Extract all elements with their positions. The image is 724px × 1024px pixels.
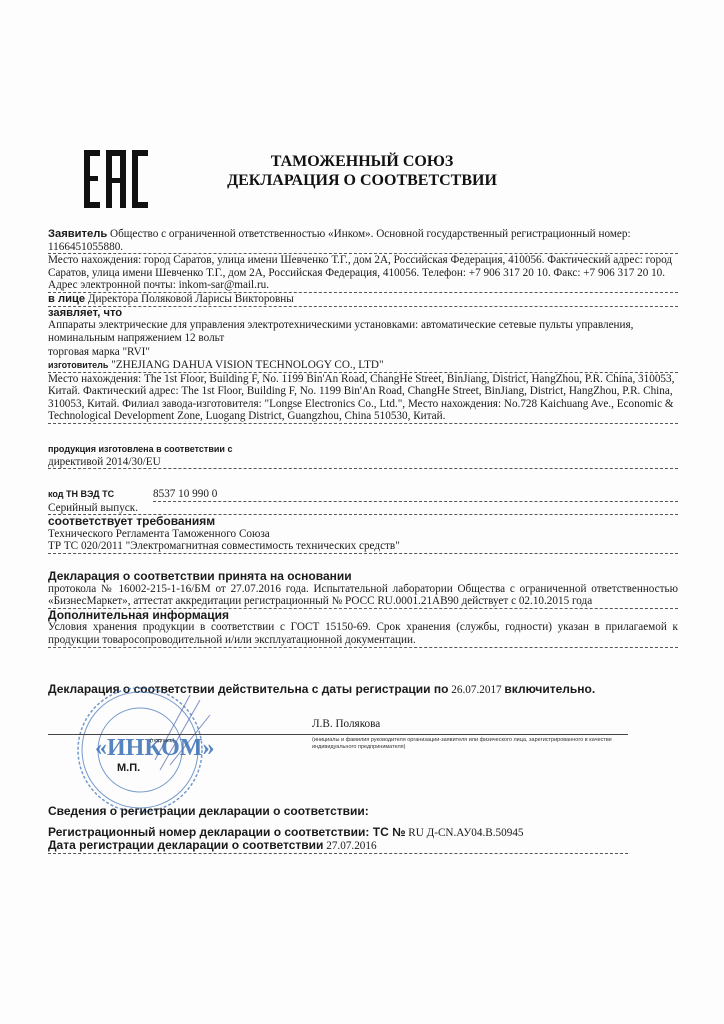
applicant-text: Общество с ограниченной ответственностью… [110,228,631,240]
applicant-ogrn: 1166451055880. [48,241,123,253]
title-line-1: ТАМОЖЕННЫЙ СОЮЗ [212,152,512,171]
basis-text: протокола № 16002-215-1-16/БМ от 27.07.2… [48,583,678,609]
product-description: Аппараты электрические для управления эл… [48,319,678,344]
document-title: ТАМОЖЕННЫЙ СОЮЗ ДЕКЛАРАЦИЯ О СООТВЕТСТВИ… [212,152,512,190]
conformity-label: продукция изготовлена в соответствии с [48,443,678,456]
additional-label: Дополнительная информация [48,609,678,622]
directive: директивой 2014/30/EU [48,456,678,470]
eac-logo-icon [84,150,148,208]
brand: торговая марка "RVI" [48,346,678,359]
applicant-label: Заявитель [48,228,107,240]
reg-number: RU Д-CN.АУ04.В.50945 [408,827,523,839]
tnved-label: код ТН ВЭД ТС [48,488,153,502]
applicant-address: Место нахождения: город Саратов, улица и… [48,254,678,293]
registration-title: Сведения о регистрации декларации о соот… [48,805,678,818]
stamp-mp-label: М.П. [117,762,140,774]
tnved-block: код ТН ВЭД ТС8537 10 990 0 Серийный выпу… [48,488,678,554]
registration-block: Сведения о регистрации декларации о соот… [48,805,678,854]
manufacturer-address: Место нахождения: The 1st Floor, Buildin… [48,373,678,424]
person-name: Директора Поляковой Ларисы Викторовны [88,293,294,305]
requirements-line-2: ТР ТС 020/2011 "Электромагнитная совмест… [48,540,678,554]
requirements-line-1: Технического Регламента Таможенного Союз… [48,528,678,541]
conformity-block: продукция изготовлена в соответствии с д… [48,443,678,469]
name-caption: (инициалы и фамилия руководителя организ… [312,737,632,751]
manufacturer-label: изготовитель [48,360,108,370]
reg-date: 27.07.2016 [326,840,376,852]
reg-number-label: Регистрационный номер декларации о соотв… [48,825,405,839]
person-label: в лице [48,293,85,305]
manufacturer-name: "ZHEJIANG DAHUA VISION TECHNOLOGY CO., L… [111,359,383,371]
applicant-block: Заявитель Общество с ограниченной ответс… [48,228,678,424]
title-line-2: ДЕКЛАРАЦИЯ О СООТВЕТСТВИИ [212,171,512,190]
tnved-code: 8537 10 990 0 [153,488,678,502]
signature-line [48,734,628,735]
basis-label: Декларация о соответствии принята на осн… [48,570,678,583]
declaration-page: ТАМОЖЕННЫЙ СОЮЗ ДЕКЛАРАЦИЯ О СООТВЕТСТВИ… [0,0,724,1024]
reg-date-label: Дата регистрации декларации о соответств… [48,838,323,852]
requirements-label: соответствует требованиям [48,515,678,528]
signatory-name: Л.В. Полякова [312,718,632,731]
validity-suffix: включительно. [504,682,595,696]
signature-caption: (подпись) [150,738,174,745]
serial-release: Серийный выпуск. [48,502,678,516]
basis-block: Декларация о соответствии принята на осн… [48,570,678,648]
additional-text: Условия хранения продукции в соответстви… [48,621,678,647]
validity-date: 26.07.2017 [451,684,501,696]
declares-label: заявляет, что [48,307,678,320]
